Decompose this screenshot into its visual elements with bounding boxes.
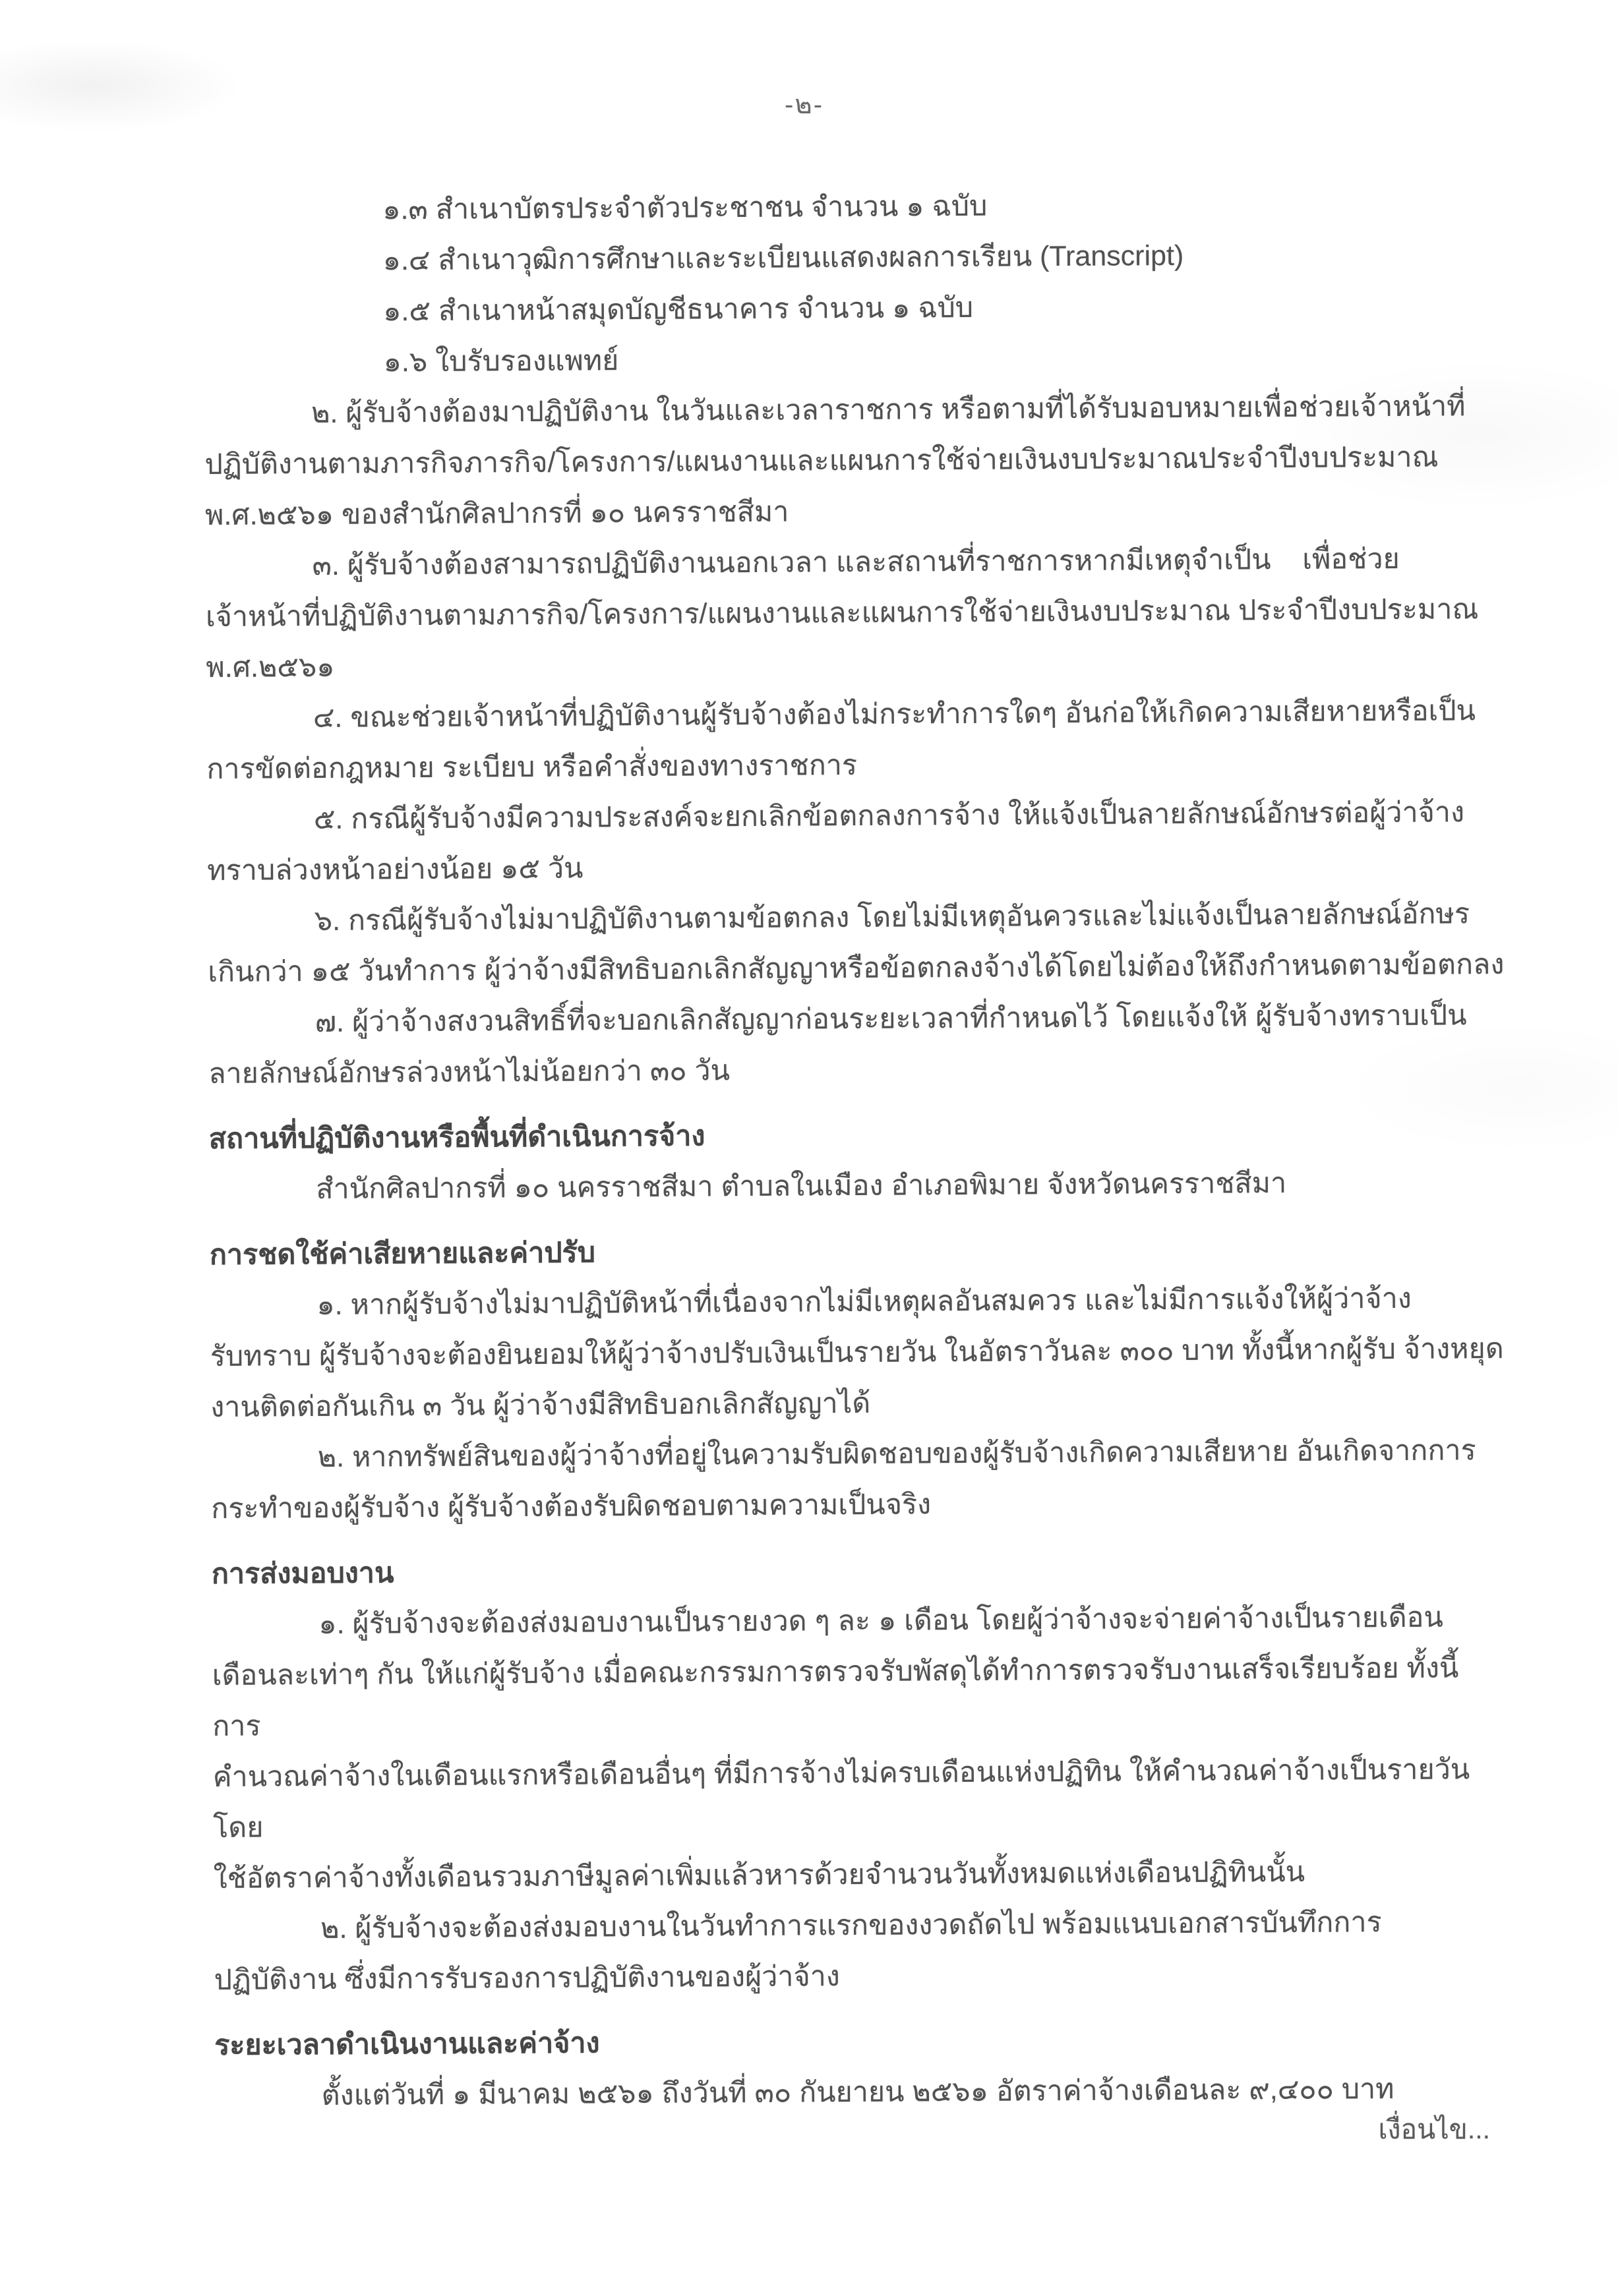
continuation-note: เงื่อนไข... [1378, 2108, 1490, 2151]
text-line: รับทราบ ผู้รับจ้างจะต้องยินยอมให้ผู้ว่าจ… [210, 1324, 1508, 1382]
text-line: ๑.๔ สำเนาวุฒิการศึกษาและระเบียนแสดงผลการ… [203, 229, 1501, 287]
text-line: การขัดต่อกฎหมาย ระเบียบ หรือคำสั่งของทาง… [206, 736, 1504, 795]
text-line: สำนักศิลปากรที่ ๑๐ นครราชสีมา ตำบลในเมือ… [209, 1157, 1507, 1216]
page-number: -๒- [785, 83, 824, 125]
text-line: ๖. กรณีผู้รับจ้างไม่มาปฏิบัติงานตามข้อตก… [208, 889, 1505, 947]
scanned-document-page: -๒- ๑.๓ สำเนาบัตรประจำตัวประชาชน จำนวน ๑… [0, 0, 1618, 2296]
text-line: ๑. หากผู้รับจ้างไม่มาปฏิบัติหน้าที่เนื่อ… [210, 1273, 1507, 1332]
text-line: ๒. ผู้รับจ้างจะต้องส่งมอบงานในวันทำการแร… [214, 1897, 1511, 1955]
text-line: เดือนละเท่าๆ กัน ให้แก่ผู้รับจ้าง เมื่อค… [212, 1643, 1511, 1752]
text-line: ปฏิบัติงานตามภารกิจภารกิจ/โครงการ/แผนงาน… [204, 432, 1502, 490]
text-line: พ.ศ.๒๕๖๑ [206, 635, 1503, 693]
document-body: ๑.๓ สำเนาบัตรประจำตัวประชาชน จำนวน ๑ ฉบั… [203, 178, 1513, 2122]
text-line: ๑.๓ สำเนาบัตรประจำตัวประชาชน จำนวน ๑ ฉบั… [203, 178, 1501, 237]
text-line: ทราบล่วงหน้าอย่างน้อย ๑๕ วัน [207, 838, 1505, 897]
text-line: ตั้งแต่วันที่ ๑ มีนาคม ๒๕๖๑ ถึงวันที่ ๓๐… [214, 2063, 1512, 2122]
text-line: ๑.๖ ใบรับรองแพทย์ [204, 330, 1501, 389]
section-heading: ระยะเวลาดำเนินงานและค่าจ้าง [214, 2013, 1512, 2071]
text-line: ใช้อัตราค่าจ้างทั้งเดือนรวมภาษีมูลค่าเพิ… [213, 1846, 1511, 1904]
text-line: ๑.๕ สำเนาหน้าสมุดบัญชีธนาคาร จำนวน ๑ ฉบั… [204, 280, 1501, 338]
text-line: ๒. ผู้รับจ้างต้องมาปฏิบัติงาน ในวันและเว… [204, 381, 1502, 440]
text-line: เจ้าหน้าที่ปฏิบัติงานตามภารกิจ/โครงการ/แ… [206, 584, 1503, 643]
text-line: ๕. กรณีผู้รับจ้างมีความประสงค์จะยกเลิกข้… [207, 787, 1505, 846]
section-heading: การชดใช้ค่าเสียหายและค่าปรับ [210, 1222, 1507, 1281]
text-line: ๗. ผู้ว่าจ้างสงวนสิทธิ์ที่จะบอกเลิกสัญญา… [208, 990, 1506, 1049]
section-heading: สถานที่ปฏิบัติงานหรือพื้นที่ดำเนินการจ้า… [209, 1106, 1507, 1165]
text-line: ปฏิบัติงาน ซึ่งมีการรับรองการปฏิบัติงานข… [214, 1947, 1511, 2006]
text-line: ๒. หากทรัพย์สินของผู้ว่าจ้างที่อยู่ในควา… [211, 1425, 1509, 1484]
text-line: คำนวณค่าจ้างในเดือนแรกหรือเดือนอื่นๆ ที่… [213, 1744, 1511, 1854]
text-line: ลายลักษณ์อักษรล่วงหน้าไม่น้อยกว่า ๓๐ วัน [208, 1041, 1506, 1100]
text-line: กระทำของผู้รับจ้าง ผู้รับจ้างต้องรับผิดช… [211, 1476, 1509, 1535]
text-line: พ.ศ.๒๕๖๑ ของสำนักศิลปากรที่ ๑๐ นครราชสีม… [205, 483, 1503, 541]
text-line: ๑. ผู้รับจ้างจะต้องส่งมอบงานเป็นรายงวด ๆ… [212, 1592, 1509, 1651]
text-line: ๓. ผู้รับจ้างต้องสามารถปฏิบัติงานนอกเวลา… [205, 533, 1503, 592]
text-line: เกินกว่า ๑๕ วันทำการ ผู้ว่าจ้างมีสิทธิบอ… [208, 939, 1505, 998]
text-line: งานติดต่อกันเกิน ๓ วัน ผู้ว่าจ้างมีสิทธิ… [210, 1374, 1508, 1433]
text-line: ๔. ขณะช่วยเจ้าหน้าที่ปฏิบัติงานผู้รับจ้า… [206, 686, 1504, 744]
section-heading: การส่งมอบงาน [212, 1541, 1509, 1600]
